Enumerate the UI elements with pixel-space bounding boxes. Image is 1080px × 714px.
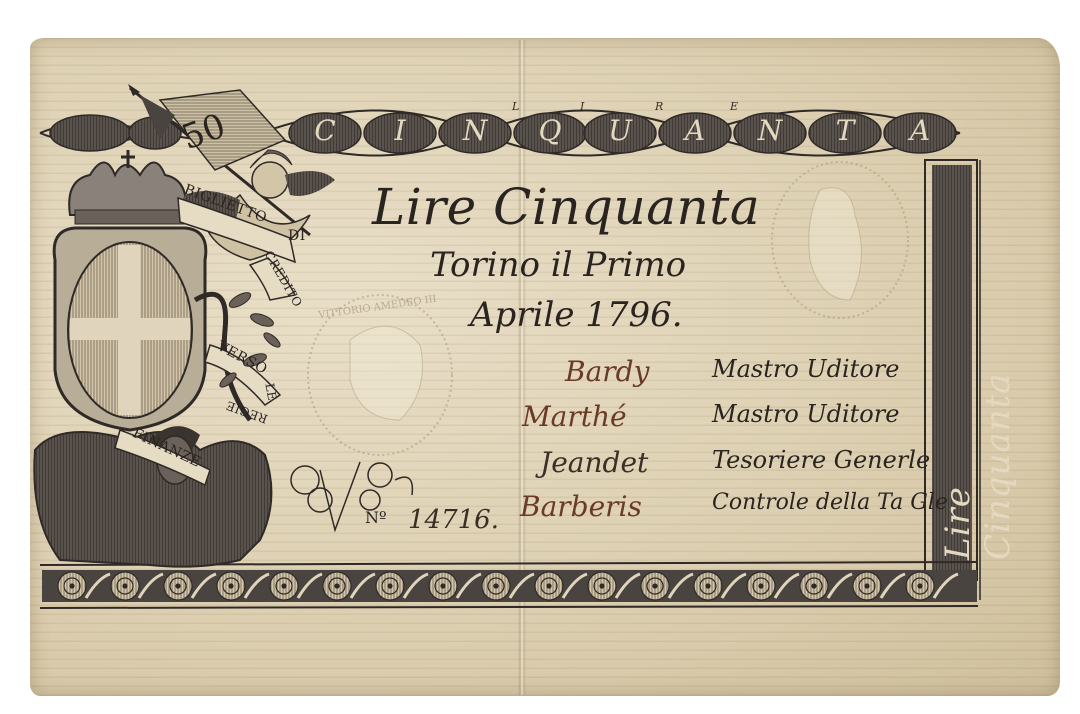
signature: Marthé <box>522 400 627 433</box>
signatory-role: Mastro Uditore <box>712 400 899 428</box>
serial-prefix: Nº <box>365 508 387 527</box>
border-letter: U <box>605 114 635 147</box>
side-border-text: Lire Cinquanta <box>938 372 1018 560</box>
bottom-rosette-border <box>40 562 978 608</box>
signature-row: Marthé Mastro Uditore <box>0 400 1080 440</box>
signature: Barberis <box>520 490 642 523</box>
border-letter: N <box>460 114 490 147</box>
signature-row: Barberis Controle della Ta Gle <box>0 490 1080 530</box>
border-letter: C <box>310 114 340 147</box>
signature: Jeandet <box>540 446 648 479</box>
border-letter: A <box>905 114 935 147</box>
border-letter: Q <box>535 114 565 147</box>
border-letter: I <box>385 114 415 147</box>
border-small-letter: R <box>655 100 663 113</box>
signature-row: Bardy Mastro Uditore <box>0 355 1080 395</box>
signatory-role: Controle della Ta Gle <box>712 490 948 515</box>
border-letter: A <box>680 114 710 147</box>
signature-row: Jeandet Tesoriere Generle <box>0 446 1080 486</box>
border-letter: T <box>830 114 860 147</box>
border-small-letter: E <box>730 100 738 113</box>
signatory-role: Mastro Uditore <box>712 355 899 383</box>
border-small-letter: L <box>512 100 519 113</box>
note-title: Lire Cinquanta <box>372 178 760 236</box>
border-small-letter: I <box>580 100 584 113</box>
signatory-role: Tesoriere Generle <box>712 446 930 474</box>
signature: Bardy <box>565 355 649 388</box>
issue-place: Torino il Primo <box>430 245 686 285</box>
serial-number: 14716. <box>408 505 499 535</box>
border-letter: N <box>755 114 785 147</box>
issue-date: Aprile 1796. <box>470 295 683 335</box>
ribbon-di: DI <box>288 228 306 244</box>
